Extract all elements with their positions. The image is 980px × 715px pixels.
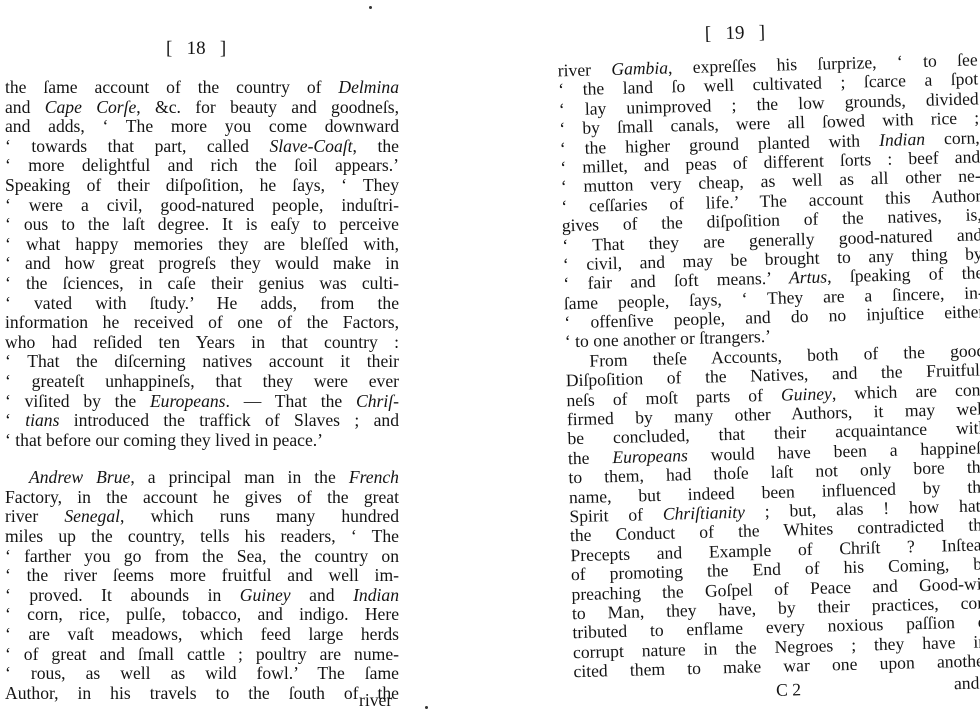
text-line: ‘ towards that part, called Slave-Coaſt,… xyxy=(5,137,399,157)
text-run: ‘ vated with ſtudy.’ He adds, from the xyxy=(5,293,399,313)
text-run: ‘ rous, as well as wild fowl.’ The ſame xyxy=(5,663,399,683)
page-number: [ 18 ] xyxy=(166,38,226,60)
italic-term: French xyxy=(349,467,399,487)
text-run: ‘ viſited by the xyxy=(5,391,150,411)
signature-mark: C 2 xyxy=(776,679,801,701)
text-run: ‘ that before our coming they lived in p… xyxy=(5,430,323,450)
text-line: ‘ viſited by the Europeans. — That the C… xyxy=(5,392,399,412)
text-line: ‘ what happy memories they are bleſſed w… xyxy=(5,235,399,255)
scan-speck xyxy=(369,6,372,9)
text-line: the ſame account of the country of Delmi… xyxy=(5,78,399,98)
text-line: information he received of one of the Fa… xyxy=(5,313,399,333)
text-line: ‘ ous to the laſt degree. It is eaſy to … xyxy=(5,215,399,235)
text-line: ‘ That the diſcerning natives account it… xyxy=(5,352,399,372)
text-run: introduced the traffick of Slaves ; and xyxy=(59,410,399,430)
text-run: who had reſided ten Years in that countr… xyxy=(5,332,399,352)
text-run: , which runs many hundred xyxy=(120,506,399,526)
text-line: ‘ more delightful and rich the ſoil appe… xyxy=(5,156,399,176)
text-run: ‘ what happy memories they are bleſſed w… xyxy=(5,234,399,254)
text-run: ‘ towards that part, called xyxy=(5,136,269,156)
text-line: ‘ the river ſeems more fruitful and well… xyxy=(5,566,399,586)
italic-term: Indian xyxy=(879,128,925,149)
text-run: , a principal man in the xyxy=(130,467,349,487)
text-line: ‘ greateſt unhappineſs, that they were e… xyxy=(5,372,399,392)
text-line: ‘ tians introduced the traffick of Slave… xyxy=(5,411,399,431)
text-run: corn, xyxy=(925,127,980,148)
text-run: ‘ greateſt unhappineſs, that they were e… xyxy=(5,371,399,391)
text-line: ‘ farther you go from the Sea, the count… xyxy=(5,547,399,567)
italic-term: Europeans xyxy=(150,391,226,411)
italic-term: Guiney xyxy=(781,383,832,404)
text-line: Author, in his travels to the ſouth of t… xyxy=(5,684,399,704)
text-run: river xyxy=(558,59,612,80)
italic-term: Andrew Brue xyxy=(29,467,130,487)
text-line: ‘ the ſciences, in caſe their genius was… xyxy=(5,274,399,294)
text-line: miles up the country, tells his readers,… xyxy=(5,527,399,547)
text-run: ‘ and how great progreſs they would make… xyxy=(5,253,399,273)
text-run: Speaking of their diſpoſition, he ſays, … xyxy=(5,175,399,195)
text-line: Factory, in the account he gives of the … xyxy=(5,488,399,508)
text-run: ‘ are vaſt meadows, which feed large her… xyxy=(5,624,399,644)
text-line: ‘ were a civil, good-natured people, ind… xyxy=(5,196,399,216)
text-line: ‘ proved. It abounds in Guiney and India… xyxy=(5,586,399,606)
italic-term: Slave-Coaſt xyxy=(269,136,352,156)
text-run: and adds, ‘ The more you come downward xyxy=(5,116,399,136)
italic-term: Senegal xyxy=(64,506,120,526)
text-run: ‘ of great and ſmall cattle ; poultry ar… xyxy=(5,644,399,664)
italic-term: tians xyxy=(25,410,59,430)
text-run: miles up the country, tells his readers,… xyxy=(5,526,399,546)
text-line: Andrew Brue, a principal man in the Fren… xyxy=(5,468,399,488)
text-run: ‘ the river ſeems more fruitful and well… xyxy=(5,565,399,585)
page-number: [ 19 ] xyxy=(705,22,766,46)
text-run: , the xyxy=(353,136,399,156)
text-run: Author, in his travels to the ſouth of t… xyxy=(5,683,399,703)
book-spread: [ 18 ] the ſame account of the country o… xyxy=(0,0,980,715)
text-line: ‘ corn, rice, pulſe, tobacco, and indigo… xyxy=(5,605,399,625)
text-line: and adds, ‘ The more you come downward xyxy=(5,117,399,137)
text-run: ‘ more delightful and rich the ſoil appe… xyxy=(5,155,399,175)
text-run: ‘ That the diſcerning natives account it… xyxy=(5,351,399,371)
text-line: ‘ rous, as well as wild fowl.’ The ſame xyxy=(5,664,399,684)
catchword: river xyxy=(359,690,392,711)
catchword: and xyxy=(954,673,980,695)
text-line: ‘ that before our coming they lived in p… xyxy=(5,431,399,451)
left-page-text: the ſame account of the country of Delmi… xyxy=(5,78,399,703)
italic-term: Gambia xyxy=(611,58,668,79)
italic-term: Indian xyxy=(353,585,399,605)
italic-term: Chriſ- xyxy=(356,391,399,411)
text-run: information he received of one of the Fa… xyxy=(5,312,399,332)
text-run: the ſame account of the country of xyxy=(5,77,338,97)
text-line: who had reſided ten Years in that countr… xyxy=(5,333,399,353)
scan-speck xyxy=(425,706,428,709)
text-line: Speaking of their diſpoſition, he ſays, … xyxy=(5,176,399,196)
text-run: ‘ proved. It abounds in xyxy=(5,585,240,605)
right-page-text: river Gambia, expreſſes his ſurprize, ‘ … xyxy=(558,50,980,681)
italic-term: Artus xyxy=(789,267,828,288)
text-line: ‘ and how great progreſs they would make… xyxy=(5,254,399,274)
italic-term: Cape Corſe xyxy=(45,97,137,117)
text-run: . — That the xyxy=(226,391,356,411)
text-line: ‘ of great and ſmall cattle ; poultry ar… xyxy=(5,645,399,665)
text-run: ‘ were a civil, good-natured people, ind… xyxy=(5,195,399,215)
text-line: ‘ are vaſt meadows, which feed large her… xyxy=(5,625,399,645)
text-line: ‘ vated with ſtudy.’ He adds, from the xyxy=(5,294,399,314)
text-run: ‘ ous to the laſt degree. It is eaſy to … xyxy=(5,214,399,234)
italic-term: Delmina xyxy=(338,77,399,97)
text-run: and xyxy=(5,97,45,117)
text-run: ‘ corn, rice, pulſe, tobacco, and indigo… xyxy=(5,604,399,624)
right-page: [ 19 ] river Gambia, expreſſes his ſurpr… xyxy=(548,0,978,6)
text-line: river Senegal, which runs many hundred xyxy=(5,507,399,527)
text-run: ‘ the ſciences, in caſe their genius was… xyxy=(5,273,399,293)
text-run: the xyxy=(568,447,613,468)
text-run: ‘ farther you go from the Sea, the count… xyxy=(5,546,399,566)
text-run: river xyxy=(5,506,64,526)
text-run: Factory, in the account he gives of the … xyxy=(5,487,399,507)
italic-term: Guiney xyxy=(240,585,291,605)
text-run: and xyxy=(291,585,353,605)
text-line: and Cape Corſe, &c. for beauty and goodn… xyxy=(5,98,399,118)
text-run: , &c. for beauty and goodneſs, xyxy=(136,97,399,117)
text-run: ‘ xyxy=(5,410,25,430)
